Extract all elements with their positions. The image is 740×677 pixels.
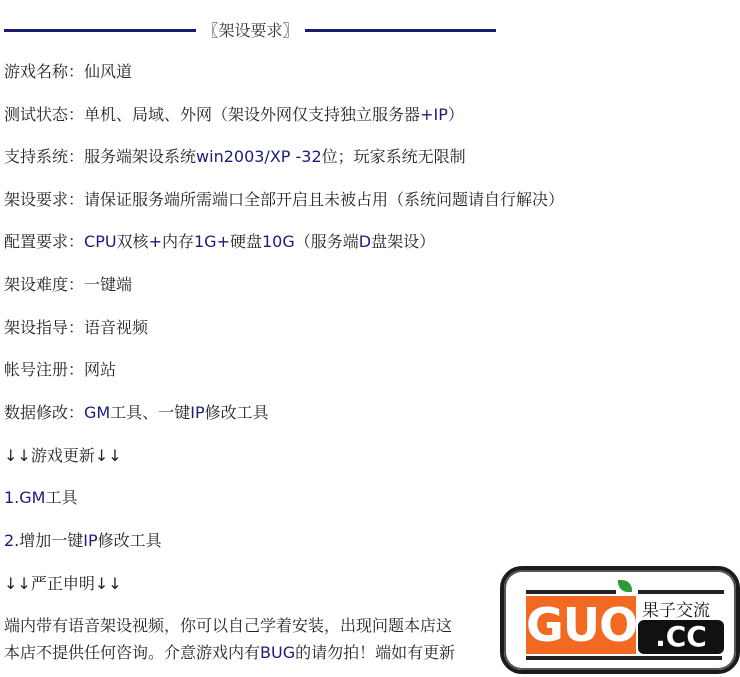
watermark-logo: GUO 果子交流 .CC [500, 566, 740, 674]
info-line-game-name: 游戏名称：仙风道 [4, 61, 132, 83]
statement-heading: ↓↓严正申明↓↓ [4, 573, 122, 595]
statement-line-1: 端内带有语音架设视频，你可以自己学着安装，出现问题本店这 [4, 615, 452, 637]
statement-text: 的请勿拍！端如有更新 [295, 643, 455, 662]
logo-bar-decoration [526, 590, 616, 594]
info-line-supported-systems: 支持系统：服务端架设系统win2003/XP -32位；玩家系统无限制 [4, 146, 466, 168]
info-line-setup-requirements: 架设要求：请保证服务端所需端口全部开启且未被占用（系统问题请自行解决） [4, 189, 564, 211]
info-value-latin: 1G+ [194, 232, 230, 251]
info-value: 一键端 [84, 275, 132, 294]
info-line-hardware-requirements: 配置要求：CPU双核+内存1G+硬盘10G（服务端D盘架设） [4, 231, 435, 253]
logo-bar-decoration [526, 656, 722, 660]
info-value: 网站 [84, 360, 116, 379]
info-label: 测试状态： [4, 105, 84, 124]
info-line-setup-guide: 架设指导：语音视频 [4, 317, 148, 339]
info-value-latin: + [149, 232, 162, 251]
info-value: 工具、一键 [110, 403, 190, 422]
info-line-data-modification: 数据修改：GM工具、一键IP修改工具 [4, 402, 269, 424]
section-divider: 〖架设要求〗 [0, 17, 740, 43]
info-label: 帐号注册： [4, 360, 84, 379]
update-text: 工具 [45, 488, 77, 507]
info-value: 修改工具 [205, 403, 269, 422]
update-item-1: 1.GM工具 [4, 487, 77, 509]
statement-line-2: 本店不提供任何咨询。介意游戏内有BUG的请勿拍！端如有更新 [4, 642, 455, 664]
logo-chinese-text: 果子交流 [642, 596, 710, 621]
update-text-latin: IP [83, 531, 97, 550]
info-value: 单机、局域、外网 [84, 105, 212, 124]
info-value: 服务端架设系统 [84, 147, 196, 166]
info-value: 双核 [117, 232, 149, 251]
info-value-latin: CPU [84, 232, 117, 251]
info-label: 架设要求： [4, 190, 84, 209]
info-value-latin: GM [84, 403, 110, 422]
info-label: 游戏名称： [4, 62, 84, 81]
game-updates-heading: ↓↓游戏更新↓↓ [4, 445, 122, 467]
info-value: 位；玩家系统无限制 [322, 147, 466, 166]
info-label: 配置要求： [4, 232, 84, 251]
update-text: 增加一键 [19, 531, 83, 550]
update-number: 2. [4, 531, 19, 550]
info-label: 架设难度： [4, 275, 84, 294]
info-value: 盘架设） [371, 232, 435, 251]
update-text: 修改工具 [98, 531, 162, 550]
info-value-latin: win2003/XP -32 [196, 147, 322, 166]
update-item-2: 2.增加一键IP修改工具 [4, 530, 162, 552]
info-value: 请保证服务端所需端口全部开启且未被占用（系统问题请自行解决） [84, 190, 564, 209]
info-value-latin: 10G [262, 232, 295, 251]
divider-line-right [305, 29, 496, 32]
info-value: 仙风道 [84, 62, 132, 81]
update-number-latin: 1.GM [4, 488, 45, 507]
info-label: 支持系统： [4, 147, 84, 166]
divider-line-left [4, 29, 196, 32]
info-value-paren: ） [448, 105, 464, 124]
section-title: 〖架设要求〗 [198, 18, 303, 41]
info-value: （服务端 [295, 232, 359, 251]
info-line-setup-difficulty: 架设难度：一键端 [4, 274, 132, 296]
logo-bar-decoration [638, 590, 724, 594]
info-value-paren: （ [212, 105, 228, 124]
logo-domain-text: .CC [638, 620, 724, 654]
info-value: 架设外网仅支持独立服务器 [228, 105, 420, 124]
info-value-latin: IP [190, 403, 204, 422]
info-label: 架设指导： [4, 318, 84, 337]
logo-brand-text: GUO [526, 596, 636, 654]
leaf-icon [618, 580, 632, 592]
info-value: 语音视频 [84, 318, 148, 337]
info-value: 硬盘 [230, 232, 262, 251]
info-value-latin: D [359, 232, 371, 251]
info-line-test-status: 测试状态：单机、局域、外网（架设外网仅支持独立服务器+IP） [4, 104, 464, 126]
statement-text-latin: BUG [260, 643, 295, 662]
info-line-account-registration: 帐号注册：网站 [4, 359, 116, 381]
info-value: 内存 [162, 232, 194, 251]
info-value-latin: +IP [420, 105, 448, 124]
info-label: 数据修改： [4, 403, 84, 422]
statement-text: 本店不提供任何咨询。介意游戏内有 [4, 643, 260, 662]
